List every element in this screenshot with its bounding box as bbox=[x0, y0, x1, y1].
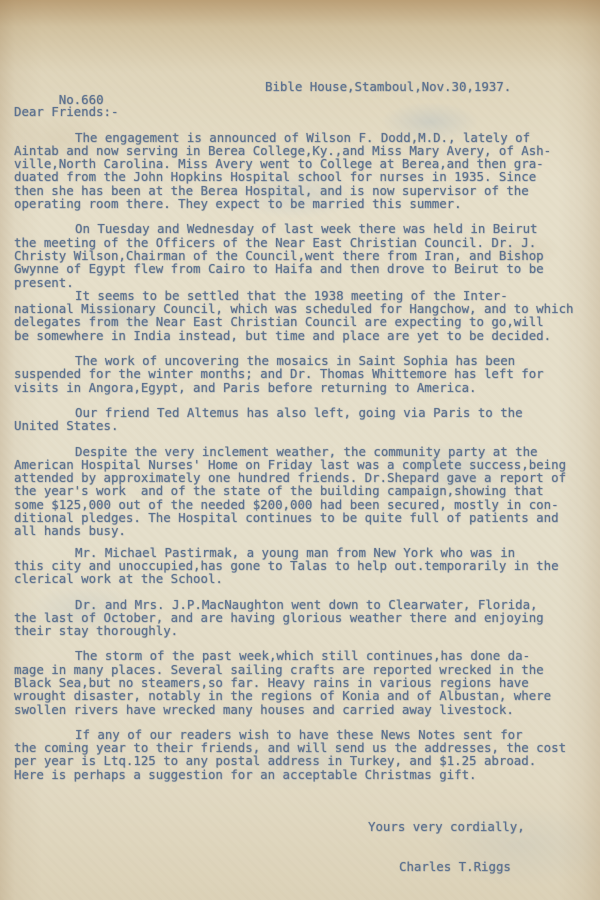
letter-closing: Yours very cordially, Charles T.Riggs bbox=[14, 793, 592, 899]
paragraph-subscription: If any of our readers wish to have these… bbox=[14, 728, 592, 781]
paragraph-macnaughton: Dr. and Mrs. J.P.MacNaughton went down t… bbox=[14, 598, 592, 638]
letter-body: The engagement is announced of Wilson F.… bbox=[14, 131, 592, 781]
paragraph-beirut-meeting: On Tuesday and Wednesday of last week th… bbox=[14, 222, 592, 288]
letter-content: No.660 Bible House,Stamboul,Nov.30,1937.… bbox=[14, 80, 592, 899]
paragraph-ted-altemus: Our friend Ted Altemus has also left, go… bbox=[14, 406, 592, 433]
paragraph-engagement: The engagement is announced of Wilson F.… bbox=[14, 131, 592, 211]
paragraph-saint-sophia: The work of uncovering the mosaics in Sa… bbox=[14, 354, 592, 394]
letter-number: No.660 bbox=[59, 92, 104, 107]
paragraph-hospital-party: Despite the very inclement weather, the … bbox=[14, 445, 592, 538]
paragraph-pastirmak: Mr. Michael Pastirmak, a young man from … bbox=[14, 546, 592, 586]
paragraph-missionary-council: It seems to be settled that the 1938 mee… bbox=[14, 289, 592, 342]
valediction: Yours very cordially, bbox=[368, 820, 592, 833]
paragraph-storm: The storm of the past week,which still c… bbox=[14, 649, 592, 715]
letter-header: No.660 Bible House,Stamboul,Nov.30,1937. bbox=[14, 80, 592, 93]
signature: Charles T.Riggs bbox=[399, 860, 592, 873]
letter-dateline: Bible House,Stamboul,Nov.30,1937. bbox=[265, 80, 511, 93]
letter-page: No.660 Bible House,Stamboul,Nov.30,1937.… bbox=[0, 0, 600, 900]
